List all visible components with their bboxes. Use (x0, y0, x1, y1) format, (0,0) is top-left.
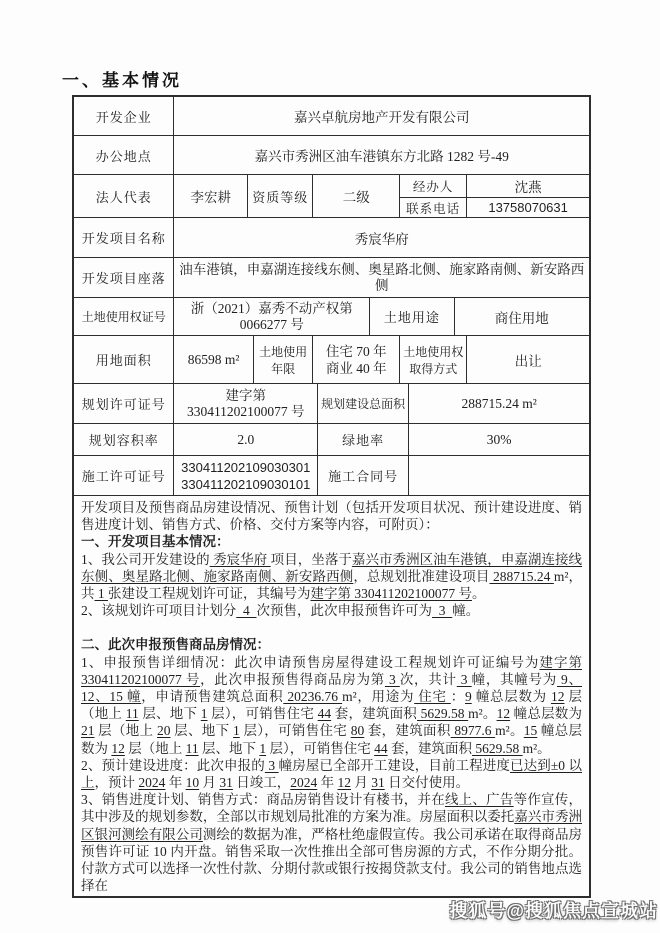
blank-line (81, 619, 582, 636)
row-project-location: 开发项目座落 油车港镇，申嘉湖连接线东侧、奥星路北侧、施家路南侧、新安路西侧 (74, 258, 589, 298)
paragraph-project-basic-1: 1、我公司开发建设的 秀宸华府 项目，坐落于嘉兴市秀洲区油车港镇，申嘉湖连接线东… (81, 551, 582, 603)
label-land-use-years: 土地使用年限 (254, 336, 314, 383)
subrow-agent: 经办人 沈燕 (400, 175, 589, 198)
section1-heading: 一、开发项目基本情况： (81, 533, 582, 550)
row-construction-permit: 施工许可证号 330411202109030301 33041120210903… (74, 456, 589, 496)
label-planning-permit: 规划许可证号 (74, 384, 174, 423)
label-agent: 经办人 (400, 175, 467, 197)
agent-phone-subtable: 经办人 沈燕 联系电话 13758070631 (400, 175, 589, 217)
value-project-name: 秀宸华府 (174, 218, 589, 257)
label-qualification-grade: 资质等级 (248, 175, 313, 217)
value-planned-area: 288715.24 m² (409, 384, 589, 423)
value-developer: 嘉兴卓航房地产开发有限公司 (174, 97, 589, 135)
label-green-rate: 绿地率 (318, 424, 409, 455)
label-construction-contract: 施工合同号 (318, 456, 409, 495)
label-land-certificate: 土地使用权证号 (74, 298, 174, 335)
row-project-name: 开发项目名称 秀宸华府 (74, 218, 589, 258)
label-legal-representative: 法人代表 (74, 175, 174, 217)
paragraph-project-basic-2: 2、该规划许可项目计划分 4 次预售，此次申报预售许可为 3 幢。 (81, 602, 582, 619)
row-land-area: 用地面积 86598 m² 土地使用年限 住宅 70 年 商业 40 年 土地使… (74, 336, 589, 384)
value-land-use-years: 住宅 70 年 商业 40 年 (313, 336, 400, 383)
watermark: 搜狐号@搜狐焦点宣城站 (449, 897, 658, 923)
row-land-certificate: 土地使用权证号 浙（2021）嘉秀不动产权第 0066277 号 土地用途 商住… (74, 298, 589, 336)
paragraph-presale-detail: 1、申报预售详细情况：此次申请预售房屋得建设工程规划许可证编号为建字第 3304… (81, 654, 582, 757)
paragraph-sales-plan: 3、销售进度计划、销售方式：商品房销售设计有楼书，并在线上、广告等作宣传，其中涉… (81, 791, 582, 894)
value-construction-contract (409, 456, 589, 495)
value-plot-ratio: 2.0 (174, 424, 318, 455)
label-land-use: 土地用途 (370, 298, 454, 335)
label-land-area: 用地面积 (74, 336, 174, 383)
label-developer: 开发企业 (74, 97, 174, 135)
value-construction-permit: 330411202109030301 330411202109030101 (174, 456, 318, 495)
label-planned-area: 规划建设总面积 (318, 384, 409, 423)
value-planning-permit: 建字第 330411202100077 号 (174, 384, 318, 423)
value-green-rate: 30% (409, 424, 589, 455)
row-planning-permit: 规划许可证号 建字第 330411202100077 号 规划建设总面积 288… (74, 384, 589, 424)
page-title: 一、基本情况 (62, 66, 182, 91)
basic-info-table: 开发企业 嘉兴卓航房地产开发有限公司 办公地点 嘉兴市秀洲区油车港镇东方北路 1… (72, 95, 591, 898)
label-office: 办公地点 (74, 136, 174, 174)
subrow-phone: 联系电话 13758070631 (400, 198, 589, 218)
document-page: 一、基本情况 开发企业 嘉兴卓航房地产开发有限公司 办公地点 嘉兴市秀洲区油车港… (0, 0, 660, 933)
label-construction-permit: 施工许可证号 (74, 456, 174, 495)
paragraph-construction-progress: 2、预计建设进度：此次申报的 3 幢房屋已全部开工建设，目前工程进度已达到±0 … (81, 757, 582, 791)
row-office: 办公地点 嘉兴市秀洲区油车港镇东方北路 1282 号-49 (74, 136, 589, 175)
label-land-acquisition: 土地使用权取得方式 (400, 336, 467, 383)
label-plot-ratio: 规划容积率 (74, 424, 174, 455)
row-developer: 开发企业 嘉兴卓航房地产开发有限公司 (74, 97, 589, 136)
value-land-certificate: 浙（2021）嘉秀不动产权第 0066277 号 (174, 298, 370, 335)
value-phone: 13758070631 (467, 198, 589, 218)
value-qualification-grade: 二级 (313, 175, 400, 217)
label-phone: 联系电话 (400, 198, 467, 218)
value-land-acquisition: 出让 (467, 336, 589, 383)
row-legal-representative: 法人代表 李宏耕 资质等级 二级 经办人 沈燕 联系电话 13758070631 (74, 175, 589, 218)
row-plot-ratio: 规划容积率 2.0 绿地率 30% (74, 424, 589, 456)
value-land-use: 商住用地 (455, 298, 589, 335)
value-project-location: 油车港镇，申嘉湖连接线东侧、奥星路北侧、施家路南侧、新安路西侧 (174, 258, 589, 297)
label-project-location: 开发项目座落 (74, 258, 174, 297)
intro-paragraph: 开发项目及预售商品房建设情况、预售计划（包括开发项目状况、预计建设进度、销售进度… (81, 499, 582, 533)
value-agent: 沈燕 (467, 175, 589, 197)
section2-heading: 二、此次申报预售商品房情况： (81, 636, 582, 653)
value-office: 嘉兴市秀洲区油车港镇东方北路 1282 号-49 (174, 136, 589, 174)
label-project-name: 开发项目名称 (74, 218, 174, 257)
value-legal-representative: 李宏耕 (174, 175, 248, 217)
description-block: 开发项目及预售商品房建设情况、预售计划（包括开发项目状况、预计建设进度、销售进度… (74, 496, 589, 896)
value-land-area: 86598 m² (174, 336, 253, 383)
